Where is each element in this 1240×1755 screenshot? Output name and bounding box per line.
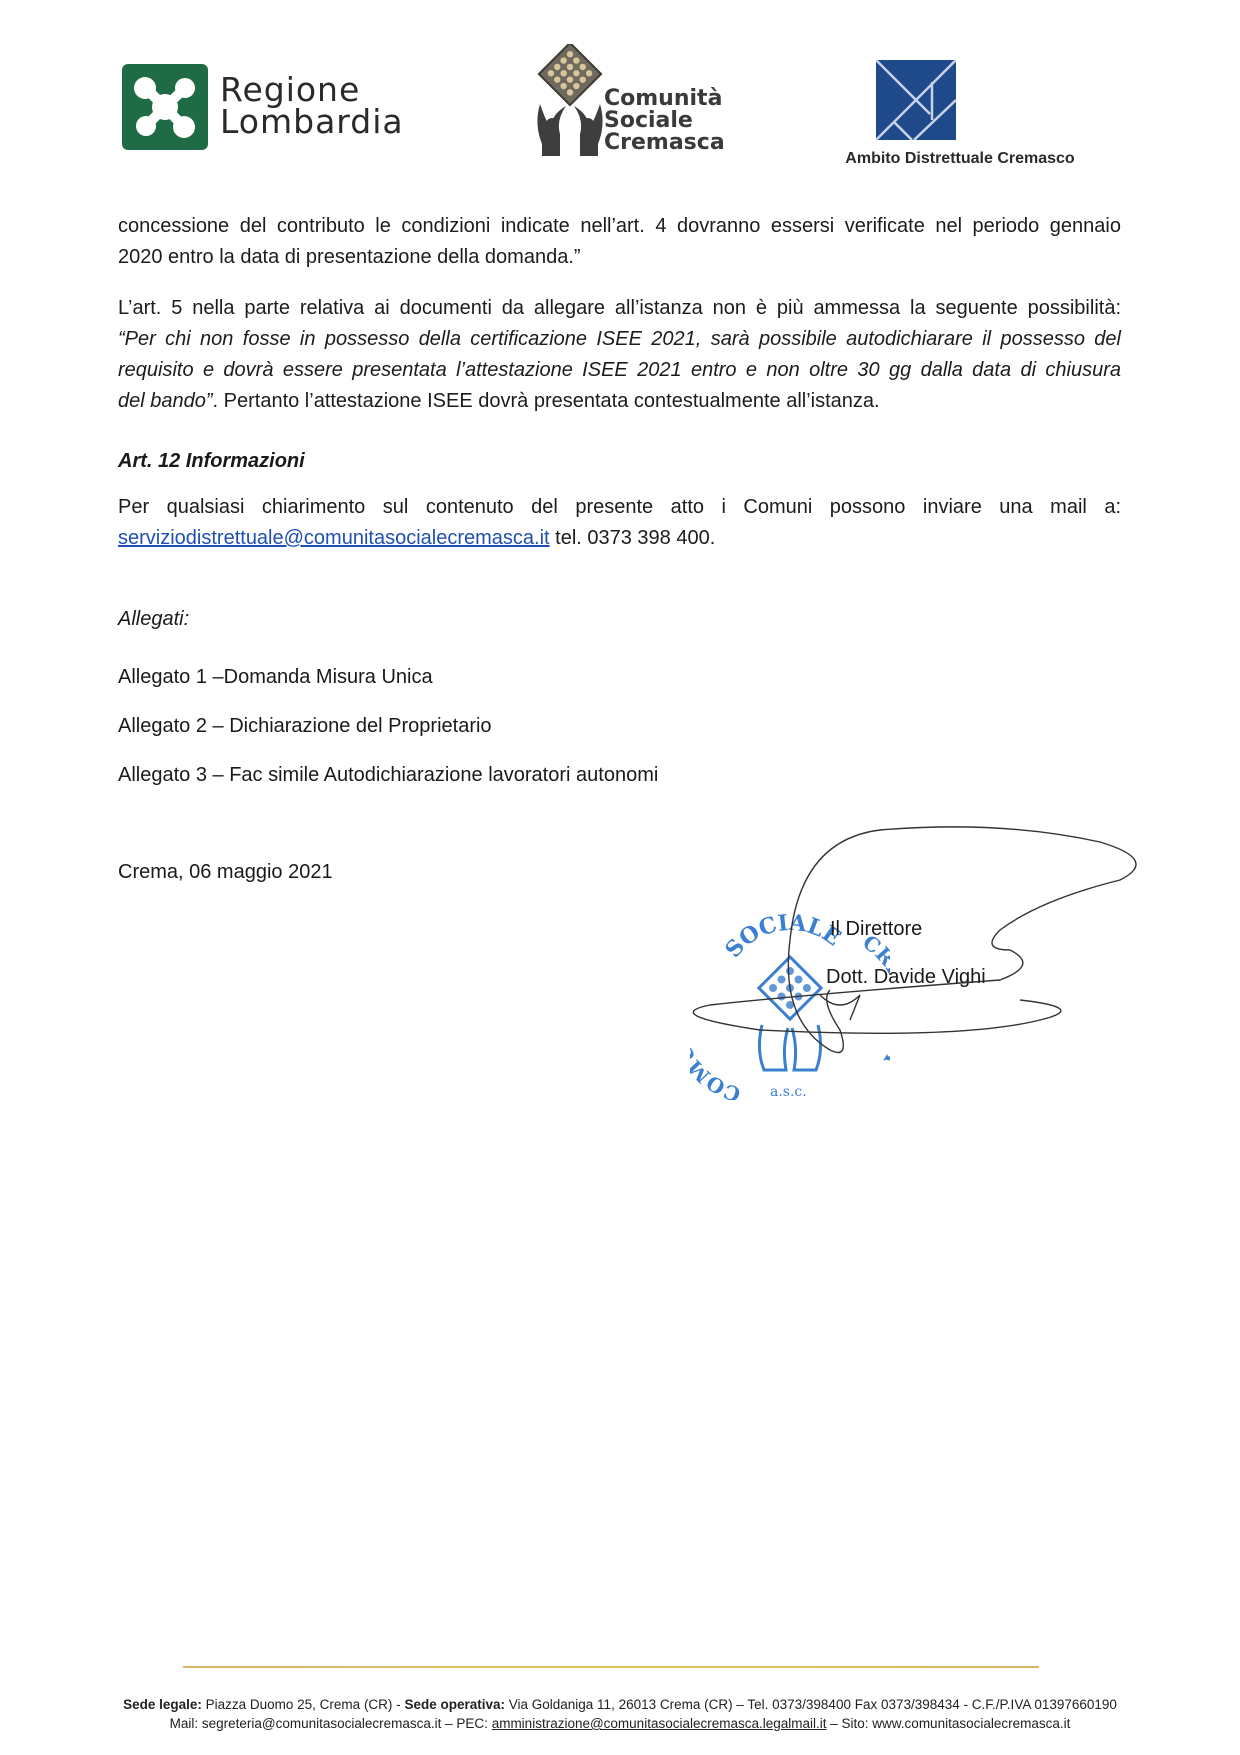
footer-label: Sede legale: (123, 1697, 202, 1712)
logo-line: Lombardia (220, 106, 404, 138)
comunita-sociale-cremasca-logo: Comunità Sociale Cremasca (530, 44, 730, 162)
regione-lombardia-logo: Regione Lombardia (122, 64, 422, 154)
section-heading-art12: Art. 12 Informazioni (118, 450, 305, 473)
attachment-item: Allegato 3 – Fac simile Autodichiarazion… (118, 762, 658, 788)
attachment-item: Allegato 1 –Domanda Misura Unica (118, 664, 433, 690)
footer-label: Sede operativa: (404, 1697, 505, 1712)
svg-text:a.s.c.: a.s.c. (770, 1084, 807, 1100)
text-line: L’art. 5 nella parte relativa ai documen… (118, 293, 1121, 324)
footer-contact-line: Mail: segreteria@comunitasocialecremasca… (95, 1716, 1145, 1731)
attachment-item: Allegato 2 – Dichiarazione del Proprieta… (118, 713, 492, 739)
footer-text: Via Goldaniga 11, 26013 Crema (CR) – Tel… (505, 1697, 1117, 1712)
quoted-text-line: requisito e dovrà essere presentata l’at… (118, 355, 1121, 386)
ambito-distrettuale-logo: Ambito Distrettuale Cremasco (820, 56, 1100, 176)
paragraph-conditions: concessione del contributo le condizioni… (118, 211, 1121, 273)
footer-mail-text: Mail: segreteria@comunitasocialecremasca… (170, 1716, 492, 1731)
text-line: del bando”. Pertanto l’attestazione ISEE… (118, 386, 1121, 417)
svg-text:COMUNITA': COMUNITA' (690, 974, 743, 1100)
logo-line: Comunità (604, 88, 725, 110)
csc-wordmark: Comunità Sociale Cremasca (604, 88, 725, 154)
quoted-text-line: “Per chi non fosse in possesso della cer… (118, 324, 1121, 355)
email-link[interactable]: serviziodistrettuale@comunitasocialecrem… (118, 527, 550, 549)
ambito-tangram-icon (876, 60, 956, 140)
text-line: serviziodistrettuale@comunitasocialecrem… (118, 523, 1121, 554)
text-line: Per qualsiasi chiarimento sul contenuto … (118, 492, 1121, 523)
text-line: concessione del contributo le condizioni… (118, 211, 1121, 242)
attachments-heading: Allegati: (118, 606, 189, 632)
text-line: 2020 entro la data di presentazione dell… (118, 242, 1121, 273)
logo-line: Sociale (604, 110, 725, 132)
text-segment: . Pertanto l’attestazione ISEE dovrà pre… (213, 390, 880, 412)
footer-pec-link[interactable]: amministrazione@comunitasocialecremasca.… (492, 1716, 827, 1731)
footer-address-line: Sede legale: Piazza Duomo 25, Crema (CR)… (95, 1697, 1145, 1712)
footer-text: Piazza Duomo 25, Crema (CR) - (202, 1697, 405, 1712)
paragraph-informazioni: Per qualsiasi chiarimento sul contenuto … (118, 492, 1121, 554)
regione-lombardia-wordmark: Regione Lombardia (220, 74, 404, 138)
ambito-caption: Ambito Distrettuale Cremasco (820, 150, 1100, 168)
paragraph-art5: L’art. 5 nella parte relativa ai documen… (118, 293, 1121, 417)
signatory-title: Il Direttore (830, 918, 922, 941)
quoted-text-end: del bando” (118, 390, 213, 412)
logo-line: Cremasca (604, 132, 725, 154)
svg-text:CREMASCA: CREMASCA (858, 930, 890, 1071)
svg-text:SOCIALE: SOCIALE (720, 909, 846, 962)
regione-lombardia-emblem-icon (122, 64, 208, 150)
footer-site-text: – Sito: www.comunitasocialecremasca.it (827, 1716, 1071, 1731)
phone-text: tel. 0373 398 400. (550, 527, 716, 549)
footer-divider (183, 1666, 1039, 1668)
place-date: Crema, 06 maggio 2021 (118, 859, 333, 885)
csc-emblem-icon (530, 44, 610, 162)
signatory-name: Dott. Davide Vighi (826, 966, 986, 989)
